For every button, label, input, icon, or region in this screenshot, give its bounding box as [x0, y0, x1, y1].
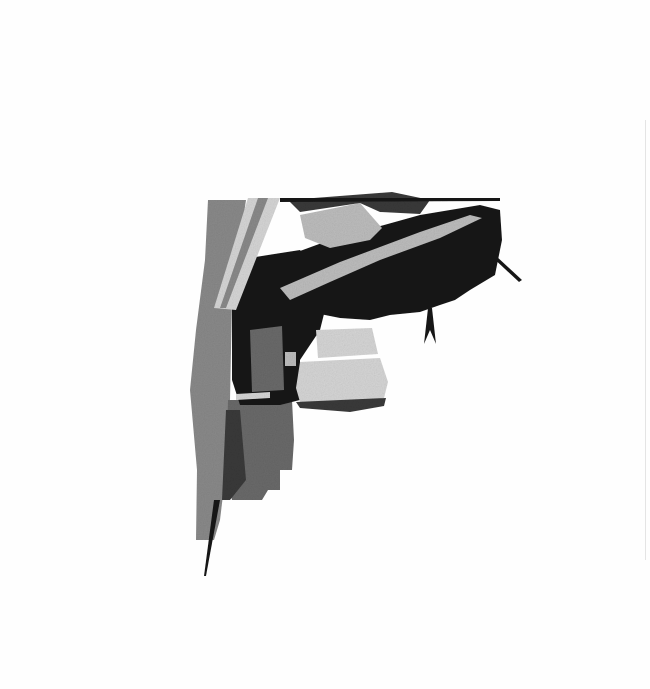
side-tab: [285, 352, 296, 366]
graphite-drawing: [0, 0, 650, 689]
cavity-slab: [250, 326, 284, 392]
lower-stone: [296, 358, 388, 402]
upper-stone: [316, 328, 378, 358]
top-edge-line: [280, 198, 500, 202]
drip-fork: [424, 308, 436, 344]
